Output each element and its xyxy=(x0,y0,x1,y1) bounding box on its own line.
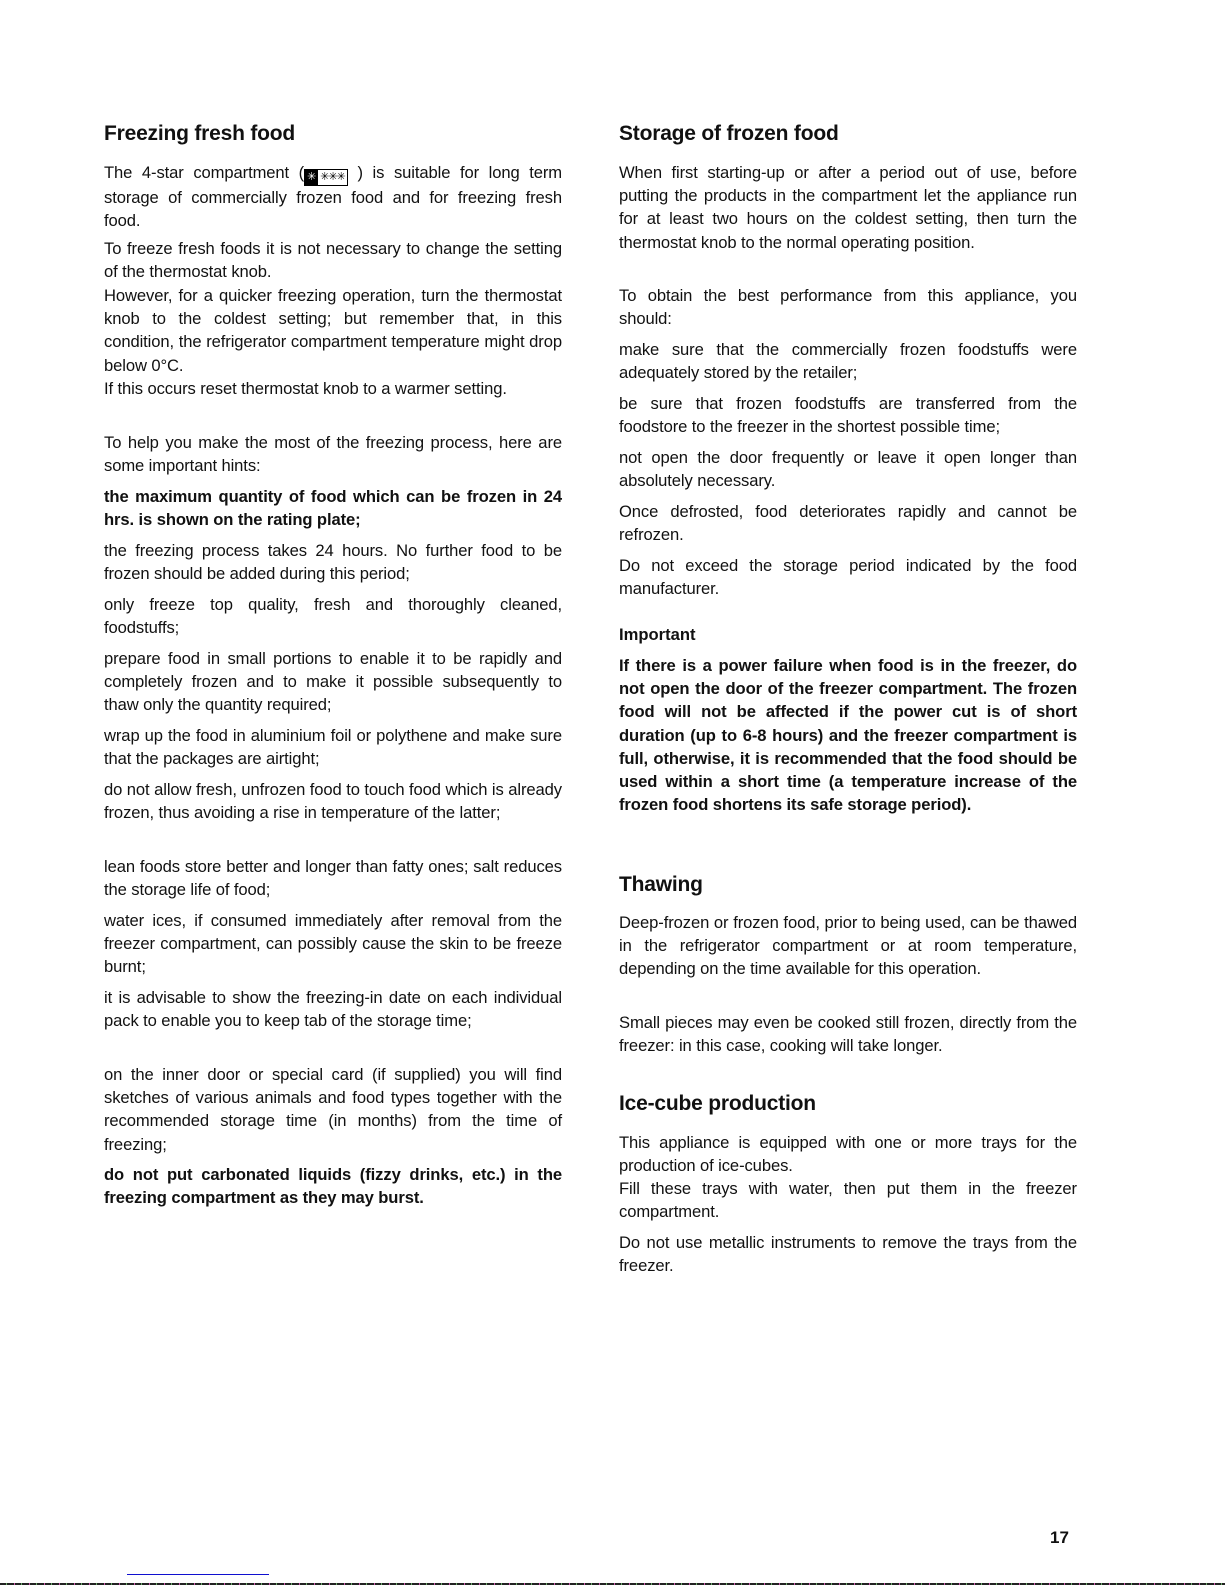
hint-item: only freeze top quality, fresh and thoro… xyxy=(104,593,562,639)
heading-ice-cube-production: Ice-cube production xyxy=(619,1091,816,1117)
storage-item: make sure that the commercially frozen f… xyxy=(619,338,1077,384)
storage-item: be sure that frozen foodstuffs are trans… xyxy=(619,392,1077,438)
freezing-para-however: However, for a quicker freezing operatio… xyxy=(104,284,562,377)
thawing-para-2: Small pieces may even be cooked still fr… xyxy=(619,1011,1077,1057)
storage-para-exceed: Do not exceed the storage period indicat… xyxy=(619,554,1077,600)
hint-item: do not put carbonated liquids (fizzy dri… xyxy=(104,1163,562,1209)
storage-para-obtain: To obtain the best performance from this… xyxy=(619,284,1077,330)
blue-rule-divider xyxy=(127,1574,269,1575)
hint-item: wrap up the food in aluminium foil or po… xyxy=(104,724,562,770)
hint-item: lean foods store better and longer than … xyxy=(104,855,562,901)
heading-freezing-fresh-food: Freezing fresh food xyxy=(104,121,295,147)
freezing-para-hints: To help you make the most of the freezin… xyxy=(104,431,562,477)
storage-item: not open the door frequently or leave it… xyxy=(619,446,1077,492)
freezing-para-change: To freeze fresh foods it is not necessar… xyxy=(104,237,562,283)
ice-cube-para-1: This appliance is equipped with one or m… xyxy=(619,1131,1077,1177)
heading-thawing: Thawing xyxy=(619,872,703,898)
hint-item: water ices, if consumed immediately afte… xyxy=(104,909,562,979)
hint-item: it is advisable to show the freezing-in … xyxy=(104,986,562,1032)
freezing-intro: The 4-star compartment (✳✳✳✳ ) is suitab… xyxy=(104,161,562,232)
important-label: Important xyxy=(619,623,696,646)
important-text: If there is a power failure when food is… xyxy=(619,654,1077,816)
thawing-para-1: Deep-frozen or frozen food, prior to bei… xyxy=(619,911,1077,981)
hint-item: the freezing process takes 24 hours. No … xyxy=(104,539,562,585)
four-star-freezer-icon: ✳✳✳✳ xyxy=(304,169,348,186)
page-number: 17 xyxy=(1050,1528,1069,1548)
storage-para-first: When first starting-up or after a period… xyxy=(619,161,1077,254)
freezing-para-reset: If this occurs reset thermostat knob to … xyxy=(104,377,562,400)
hint-item: prepare food in small portions to enable… xyxy=(104,647,562,717)
ice-cube-para-2: Fill these trays with water, then put th… xyxy=(619,1177,1077,1223)
ice-cube-para-3: Do not use metallic instruments to remov… xyxy=(619,1231,1077,1277)
hint-item: on the inner door or special card (if su… xyxy=(104,1063,562,1156)
hint-item: do not allow fresh, unfrozen food to tou… xyxy=(104,778,562,824)
heading-storage-of-frozen-food: Storage of frozen food xyxy=(619,121,839,147)
storage-para-defrosted: Once defrosted, food deteriorates rapidl… xyxy=(619,500,1077,546)
hint-item: the maximum quantity of food which can b… xyxy=(104,485,562,531)
